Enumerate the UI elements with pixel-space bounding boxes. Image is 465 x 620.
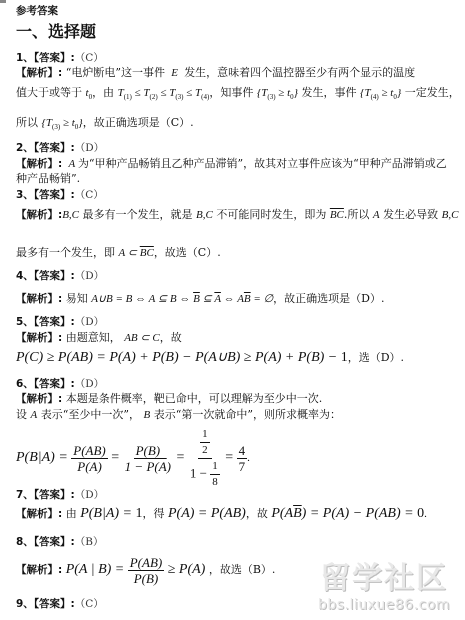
question-7-explanation: 【解析】: 由 P(B|A) = 1，得 P(A) = P(AB)，故 P(AB…: [16, 507, 427, 521]
watermark-brand: 留学社区: [306, 562, 462, 596]
question-8-answer: 8、【答案】:（B）: [16, 535, 103, 549]
question-6-explanation-line-1: 【解析】: 本题是条件概率，靶已命中，可以理解为至少中一次.: [16, 392, 322, 406]
page-corner-mark: [0, 0, 6, 3]
question-5-explanation-line-2: P(C) ≥ P(AB) = P(A) + P(B) − P(A∪B) ≥ P(…: [16, 351, 404, 365]
question-1-explanation-line-3: 所以 {T(3) ≥ t0}，故正确选项是（C）.: [16, 116, 194, 134]
question-1-explanation-line-1: 【解析】: “电炉断电”这一事件 E 发生，意味着四个温控器至少有两个显示的温度: [16, 66, 415, 80]
question-2-explanation-line-2: 种产品畅销”.: [16, 172, 80, 186]
watermark-url: bbs.liuxue86.com: [306, 596, 462, 614]
question-3-explanation-line-2: 最多有一个发生，即 A ⊂ BC，故选（C）.: [16, 246, 221, 260]
question-6-answer: 6、【答案】:（D）: [16, 377, 104, 391]
question-5-explanation-line-1: 【解析】: 由题意知， AB ⊂ C，故: [16, 331, 182, 345]
section-title: 一、选择题: [16, 22, 96, 42]
question-4-explanation: 【解析】: 易知 A∪B = B ⇔ A ⊆ B ⇔ B ⊆ A ⇔ AB = …: [16, 292, 385, 306]
question-5-answer: 5、【答案】:（D）: [16, 315, 104, 329]
watermark: 留学社区 bbs.liuxue86.com: [306, 562, 462, 618]
question-6-formula: P(B|A) = P(AB)P(A) = P(B)1 − P(A) = 121 …: [16, 428, 250, 488]
question-2-answer: 2、【答案】:（D）: [16, 141, 104, 155]
question-4-answer: 4、【答案】:（D）: [16, 269, 104, 283]
question-9-answer: 9、【答案】:（C）: [16, 597, 104, 611]
question-8-explanation: 【解析】: P(A | B) = P(AB)P(B) ≥ P(A) ，故选（B）…: [16, 552, 275, 588]
question-1-explanation-line-2: 值大于或等于 t0，由 T(1) ≤ T(2) ≤ T(3) ≤ T(4)，知事…: [16, 86, 460, 104]
document-title: 参考答案: [16, 4, 58, 18]
question-2-explanation-line-1: 【解析】: A 为“甲种产品畅销且乙种产品滞销”，故其对立事件应该为“甲种产品滞…: [16, 157, 447, 171]
question-3-explanation-line-1: 【解析】:B,C 最多有一个发生，就是 B,C 不可能同时发生，即为 BC.所以…: [16, 208, 458, 222]
question-7-answer: 7、【答案】:（D）: [16, 488, 104, 502]
question-3-answer: 3、【答案】:（C）: [16, 188, 104, 202]
question-1-answer: 1、【答案】:（C）: [16, 51, 104, 65]
question-6-explanation-line-2: 设 A 表示“至少中一次”， B 表示“第一次就命中”，则所求概率为：: [16, 408, 341, 422]
